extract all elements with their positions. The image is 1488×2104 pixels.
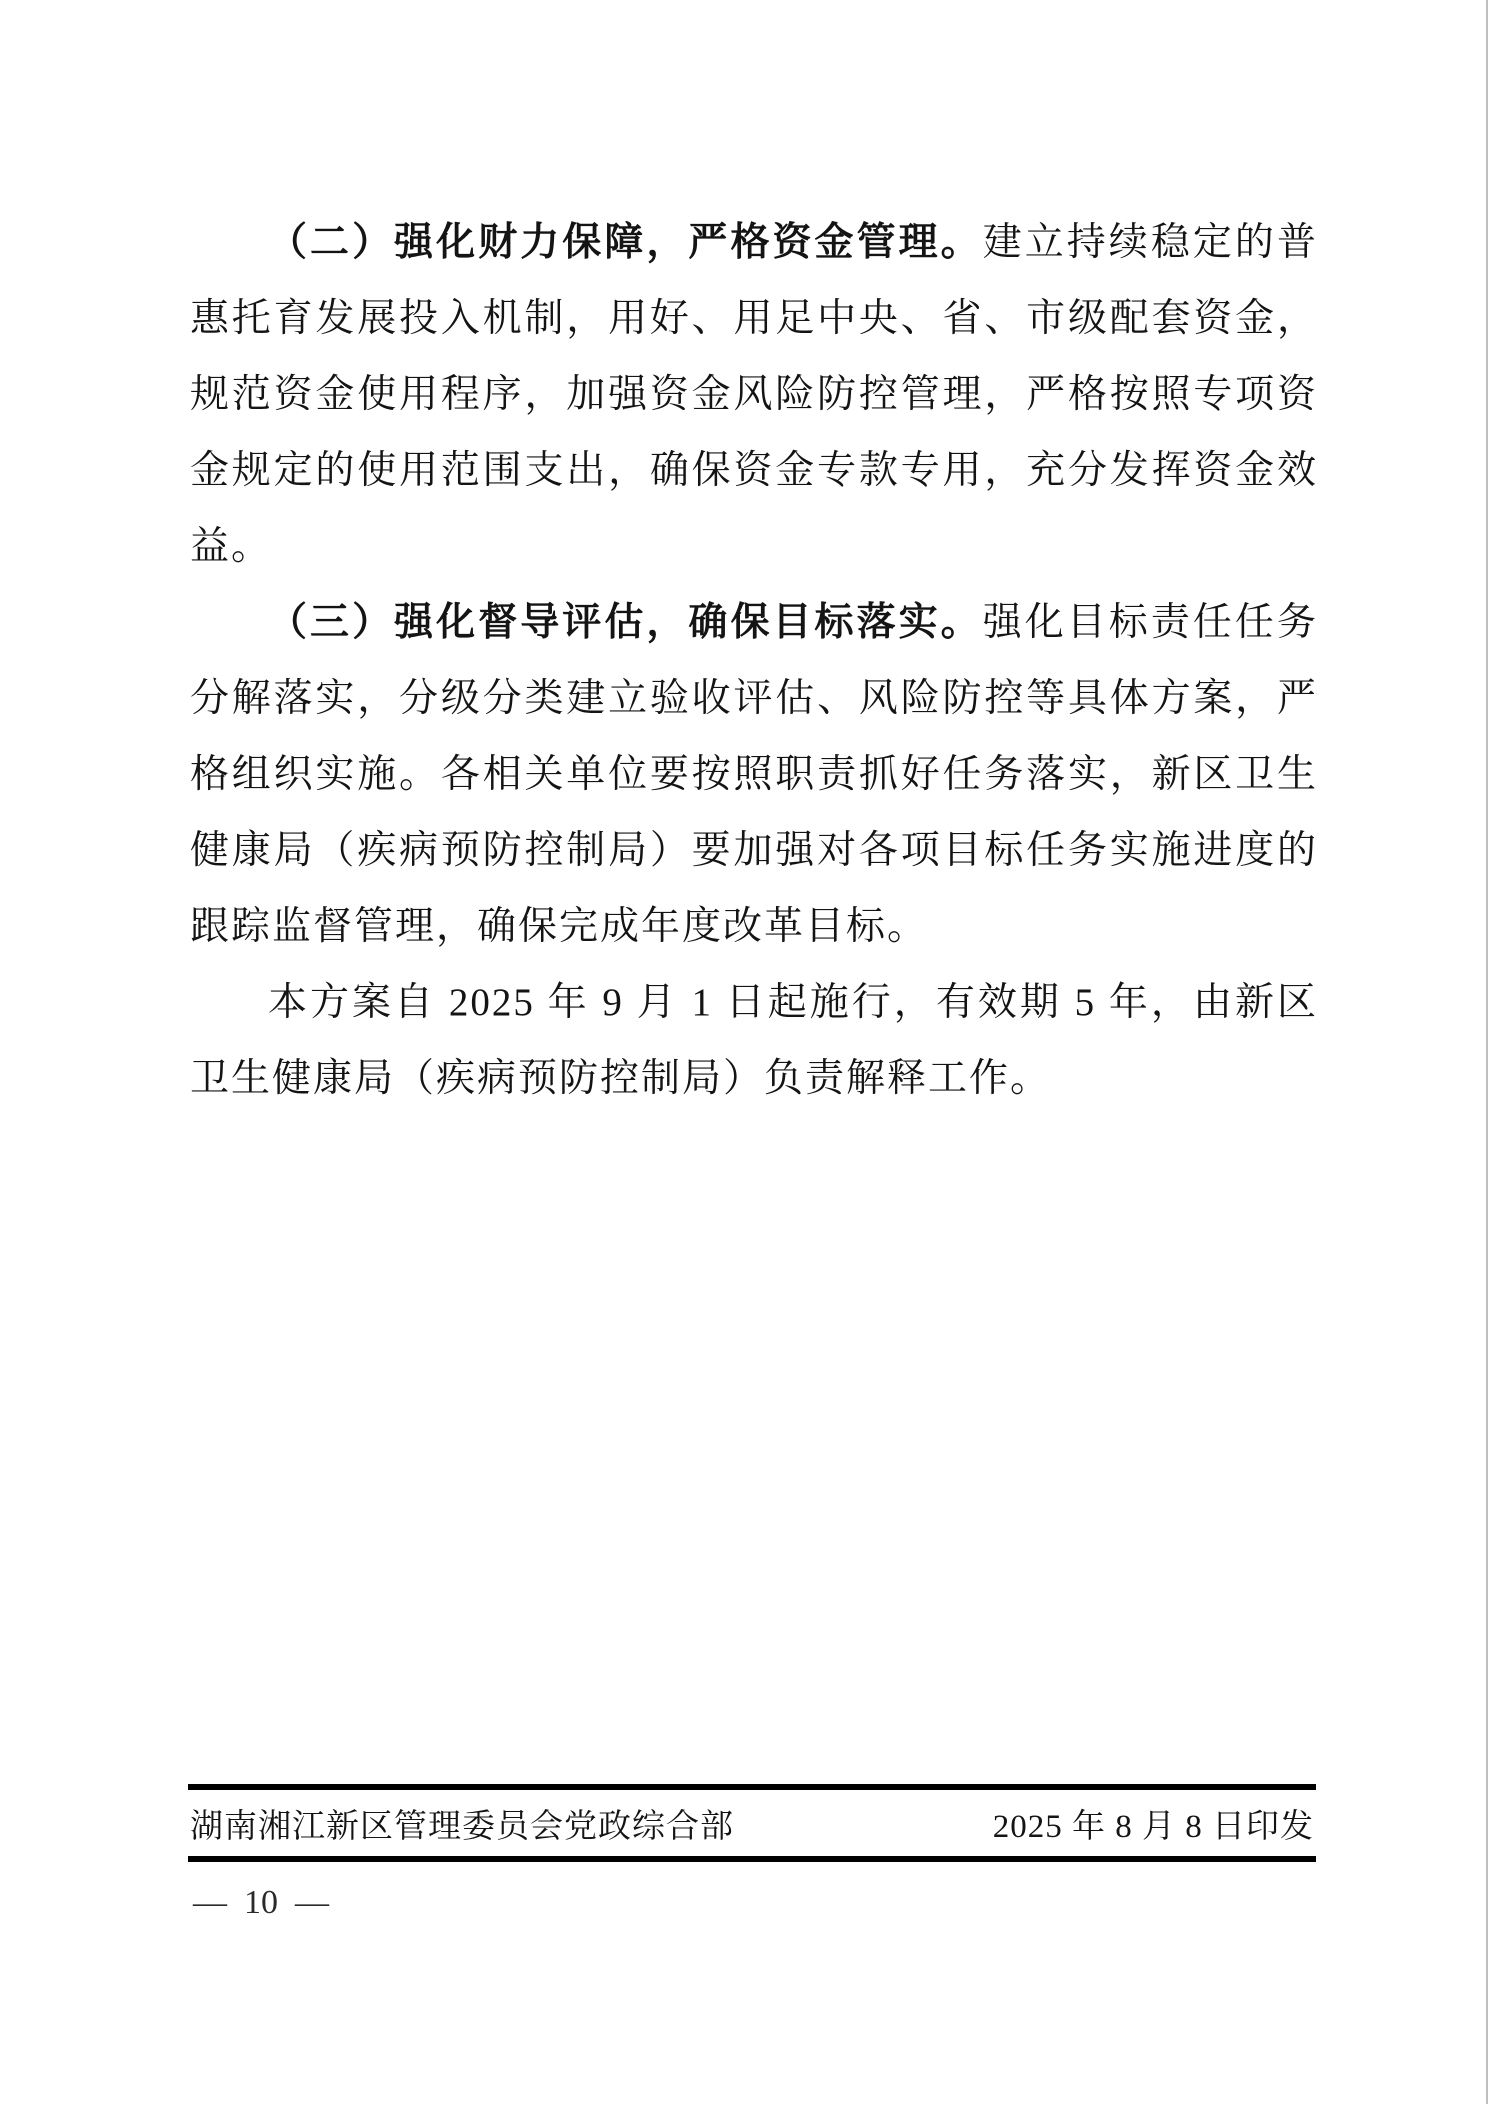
paragraph: （二）强化财力保障，严格资金管理。建立持续稳定的普惠托育发展投入机制，用好、用足… bbox=[190, 205, 1318, 585]
paragraph-text: 建立持续稳定的普惠托育发展投入机制，用好、用足中央、省、市级配套资金，规范资金使… bbox=[190, 221, 1318, 568]
footer-print-date: 2025 年 8 月 8 日印发 bbox=[993, 1800, 1314, 1847]
paragraph: 本方案自 2025 年 9 月 1 日起施行，有效期 5 年，由新区卫生健康局（… bbox=[190, 965, 1318, 1117]
document-footer: 湖南湘江新区管理委员会党政综合部 2025 年 8 月 8 日印发 bbox=[188, 1784, 1316, 1862]
footer-rule-bottom bbox=[188, 1856, 1316, 1862]
paragraph: （三）强化督导评估，确保目标落实。强化目标责任任务分解落实，分级分类建立验收评估… bbox=[190, 585, 1318, 965]
paragraph-lead: （三）强化督导评估，确保目标落实。 bbox=[268, 601, 983, 644]
paragraph-lead: （二）强化财力保障，严格资金管理。 bbox=[268, 221, 983, 264]
document-body: （二）强化财力保障，严格资金管理。建立持续稳定的普惠托育发展投入机制，用好、用足… bbox=[190, 205, 1318, 1117]
document-page: （二）强化财力保障，严格资金管理。建立持续稳定的普惠托育发展投入机制，用好、用足… bbox=[0, 0, 1488, 2104]
footer-issuer: 湖南湘江新区管理委员会党政综合部 bbox=[190, 1800, 734, 1847]
paragraph-text: 本方案自 2025 年 9 月 1 日起施行，有效期 5 年，由新区卫生健康局（… bbox=[190, 981, 1318, 1100]
paragraph-text: 强化目标责任任务分解落实，分级分类建立验收评估、风险防控等具体方案，严格组织实施… bbox=[190, 601, 1318, 948]
footer-imprint-row: 湖南湘江新区管理委员会党政综合部 2025 年 8 月 8 日印发 bbox=[188, 1790, 1316, 1856]
page-number: — 10 — bbox=[193, 1884, 329, 1922]
